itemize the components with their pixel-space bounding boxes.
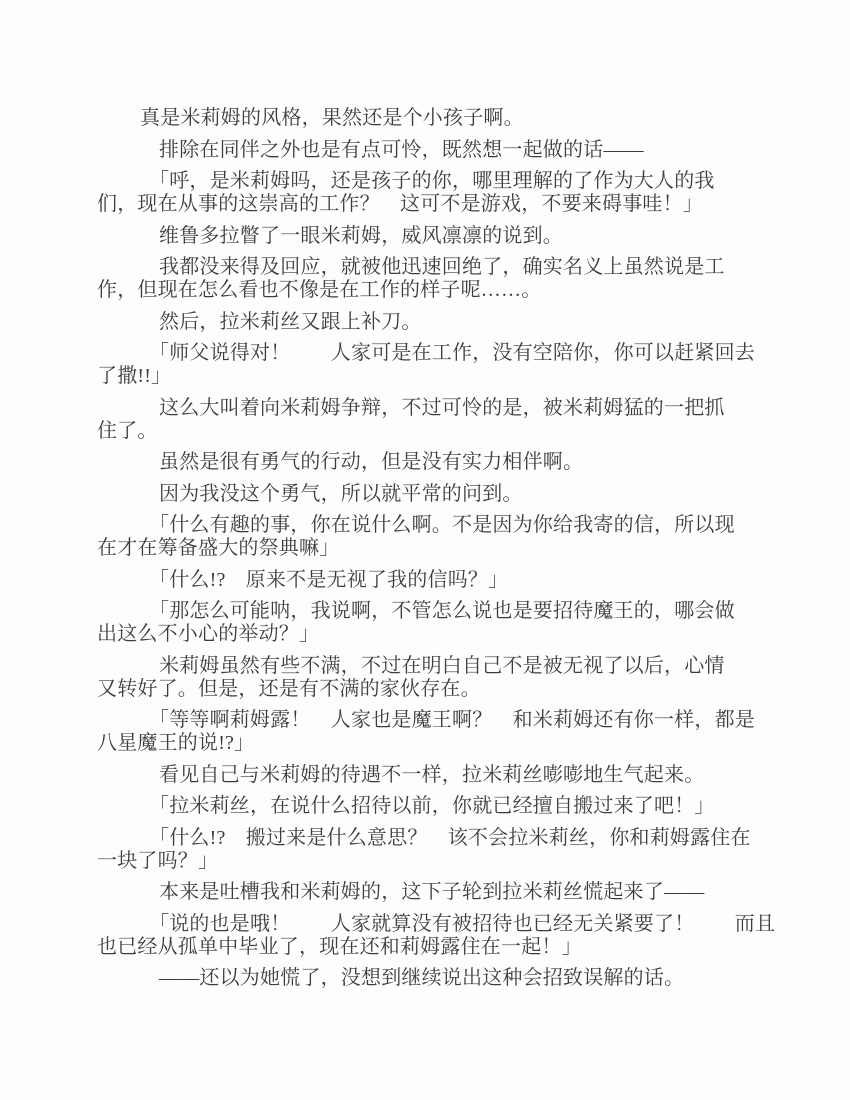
text-line: 米莉姆虽然有些不满，不过在明白自己不是被无视了以后，心情	[159, 655, 725, 677]
paragraph-16: 看见自己与米莉姆的待遇不一样，拉米莉丝嘭嘭地生气起来。	[97, 764, 787, 787]
paragraph-14: 米莉姆虽然有些不满，不过在明白自己不是被无视了以后，心情又转好了。但是，还是有不…	[97, 655, 787, 701]
text-line: 真是米莉姆的风格，果然还是个小孩子啊。	[140, 107, 524, 129]
text-line: 「呼，是米莉姆吗，还是孩子的你，哪里理解的了作为大人的我	[149, 170, 715, 192]
text-line: 出这么不小心的举动？」	[97, 623, 319, 645]
paragraph-20: 「说的也是哦！ 人家就算没有被招待也已经无关紧要了！ 而且也已经从孤单中毕业了，…	[97, 913, 787, 959]
paragraph-18: 「什么!? 搬过来是什么意思？ 该不会拉米莉丝，你和莉姆露住在一块了吗？」	[97, 827, 787, 873]
text-line: 们，现在从事的这崇高的工作？ 这可不是游戏，不要来碍事哇！」	[97, 193, 703, 215]
text-line: 了撒!!」	[97, 365, 171, 387]
text-line: 「什么有趣的事，你在说什么啊。不是因为你给我寄的信，所以现	[149, 514, 735, 536]
paragraph-2: 排除在同伴之外也是有点可怜，既然想一起做的话——	[97, 139, 787, 162]
text-line: 排除在同伴之外也是有点可怜，既然想一起做的话——	[159, 139, 644, 161]
text-line: 在才在筹备盛大的祭典嘛」	[97, 537, 339, 559]
paragraph-4: 维鲁多拉瞥了一眼米莉姆，威风凛凛的说到。	[97, 225, 787, 248]
paragraph-7: 「师父说得对！ 人家可是在工作，没有空陪你，你可以赶紧回去了撒!!」	[97, 342, 787, 388]
text-line: 「什么!? 搬过来是什么意思？ 该不会拉米莉丝，你和莉姆露住在	[149, 827, 751, 849]
paragraph-17: 「拉米莉丝，在说什么招待以前，你就已经擅自搬过来了吧！」	[97, 795, 787, 818]
text-line: 我都没来得及回应，就被他迅速回绝了，确实名义上虽然说是工	[159, 256, 725, 278]
paragraph-19: 本来是吐槽我和米莉姆的，这下子轮到拉米莉丝慌起来了——	[97, 881, 787, 904]
paragraph-8: 这么大叫着向米莉姆争辩，不过可怜的是，被米莉姆猛的一把抓住了。	[97, 397, 787, 443]
novel-text: 真是米莉姆的风格，果然还是个小孩子啊。排除在同伴之外也是有点可怜，既然想一起做的…	[97, 107, 787, 999]
paragraph-15: 「等等啊莉姆露！ 人家也是魔王啊？ 和米莉姆还有你一样，都是八星魔王的说!?」	[97, 709, 787, 755]
paragraph-21: ——还以为她慌了，没想到继续说出这种会招致误解的话。	[97, 967, 787, 990]
text-line: 「什么!? 原来不是无视了我的信吗？」	[149, 569, 508, 591]
text-line: 八星魔王的说!?」	[97, 732, 254, 754]
text-line: 「等等啊莉姆露！ 人家也是魔王啊？ 和米莉姆还有你一样，都是	[149, 709, 755, 731]
paragraph-12: 「什么!? 原来不是无视了我的信吗？」	[97, 569, 787, 592]
paragraph-1: 真是米莉姆的风格，果然还是个小孩子啊。	[97, 107, 787, 130]
paragraph-5: 我都没来得及回应，就被他迅速回绝了，确实名义上虽然说是工作，但现在怎么看也不像是…	[97, 256, 787, 302]
text-line: 住了。	[97, 420, 158, 442]
paragraph-3: 「呼，是米莉姆吗，还是孩子的你，哪里理解的了作为大人的我们，现在从事的这崇高的工…	[97, 170, 787, 216]
paragraph-6: 然后，拉米莉丝又跟上补刀。	[97, 311, 787, 334]
paragraph-13: 「那怎么可能呐，我说啊，不管怎么说也是要招待魔王的，哪会做出这么不小心的举动？」	[97, 600, 787, 646]
paragraph-10: 因为我没这个勇气，所以就平常的问到。	[97, 483, 787, 506]
text-line: 又转好了。但是，还是有不满的家伙存在。	[97, 678, 481, 700]
text-line: 这么大叫着向米莉姆争辩，不过可怜的是，被米莉姆猛的一把抓	[159, 397, 725, 419]
text-line: 作，但现在怎么看也不像是在工作的样子呢……。	[97, 279, 541, 301]
text-line: 一块了吗？」	[97, 850, 218, 872]
text-line: 「说的也是哦！ 人家就算没有被招待也已经无关紧要了！ 而且	[149, 913, 775, 935]
text-line: 然后，拉米莉丝又跟上补刀。	[159, 311, 422, 333]
novel-page: 真是米莉姆的风格，果然还是个小孩子啊。排除在同伴之外也是有点可怜，既然想一起做的…	[0, 0, 850, 1100]
paragraph-11: 「什么有趣的事，你在说什么啊。不是因为你给我寄的信，所以现在才在筹备盛大的祭典嘛…	[97, 514, 787, 560]
text-line: 本来是吐槽我和米莉姆的，这下子轮到拉米莉丝慌起来了——	[159, 881, 704, 903]
text-line: ——还以为她慌了，没想到继续说出这种会招致误解的话。	[159, 967, 684, 989]
paragraph-9: 虽然是很有勇气的行动，但是没有实力相伴啊。	[97, 451, 787, 474]
text-line: 因为我没这个勇气，所以就平常的问到。	[159, 483, 523, 505]
text-line: 「拉米莉丝，在说什么招待以前，你就已经擅自搬过来了吧！」	[149, 795, 715, 817]
text-line: 维鲁多拉瞥了一眼米莉姆，威风凛凛的说到。	[159, 225, 563, 247]
text-line: 看见自己与米莉姆的待遇不一样，拉米莉丝嘭嘭地生气起来。	[159, 764, 704, 786]
text-line: 也已经从孤单中毕业了，现在还和莉姆露住在一起！」	[97, 936, 582, 958]
text-line: 「师父说得对！ 人家可是在工作，没有空陪你，你可以赶紧回去	[149, 342, 755, 364]
text-line: 虽然是很有勇气的行动，但是没有实力相伴啊。	[159, 451, 583, 473]
text-line: 「那怎么可能呐，我说啊，不管怎么说也是要招待魔王的，哪会做	[149, 600, 735, 622]
